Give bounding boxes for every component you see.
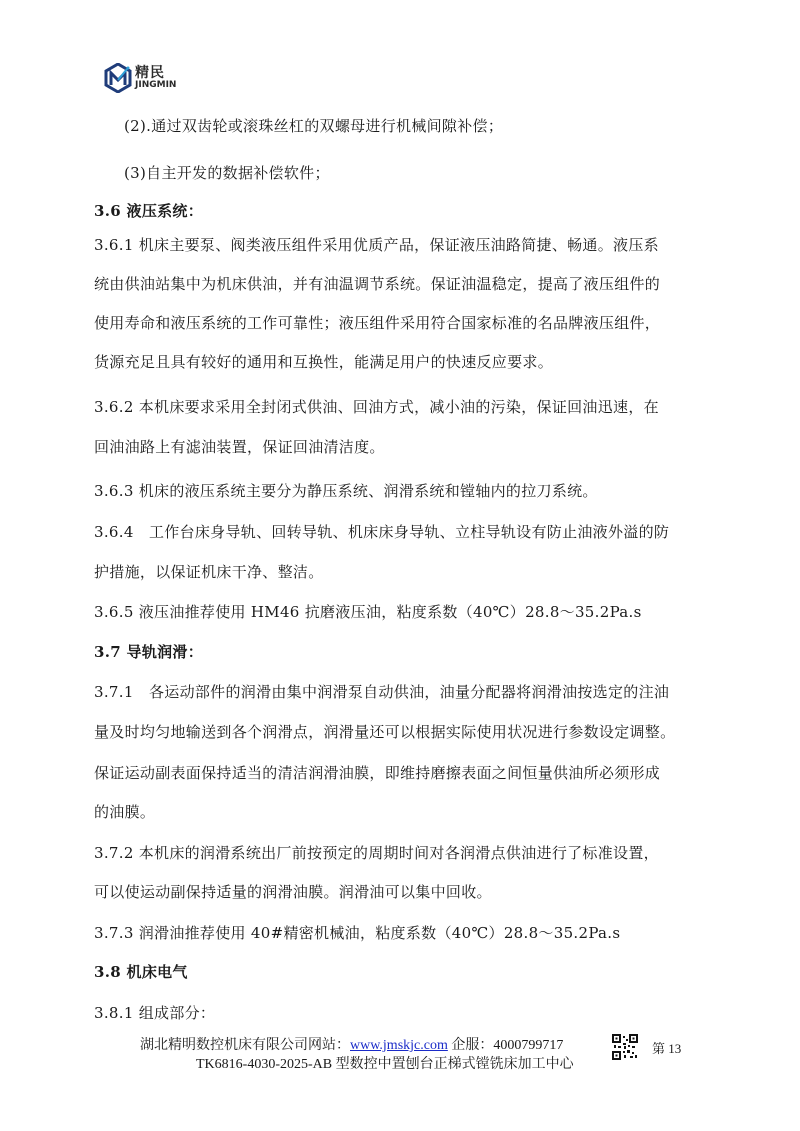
paragraph-line: 3.6.2 本机床要求采用全封闭式供油、回油方式，减小油的污染，保证回油迅速，在 (94, 397, 659, 417)
paragraph-line: 3.6.3 机床的液压系统主要分为静压系统、润滑系统和镗轴内的拉刀系统。 (94, 481, 598, 501)
paragraph-line: 使用寿命和液压系统的工作可靠性；液压组件采用符合国家标准的名品牌液压组件， (94, 313, 660, 333)
paragraph-line: (2).通过双齿轮或滚珠丝杠的双螺母进行机械间隙补偿； (124, 116, 503, 136)
logo-name-cn: 精民 (135, 66, 176, 80)
section-heading-3-6: 3.6 液压系统： (94, 201, 203, 221)
section-heading-3-8: 3.8 机床电气 (94, 962, 188, 982)
paragraph-line: 3.6.1 机床主要泵、阀类液压组件采用优质产品，保证液压油路简捷、畅通。液压系 (94, 235, 659, 255)
footer-service-phone: 4000799717 (493, 1038, 563, 1053)
paragraph-line: 量及时均匀地输送到各个润滑点，润滑量还可以根据实际使用状况进行参数设定调整。 (94, 722, 675, 742)
paragraph-line: 回油油路上有滤油装置，保证回油清洁度。 (94, 437, 385, 457)
paragraph-line: 统由供油站集中为机床供油，并有油温调节系统。保证油温稳定，提高了液压组件的 (94, 274, 660, 294)
paragraph-line: (3)自主开发的数据补偿软件； (124, 163, 330, 183)
paragraph-line: 3.8.1 组成部分： (94, 1003, 215, 1023)
jingmin-logo-icon (104, 63, 132, 93)
company-logo: 精民 JINGMIN (104, 60, 204, 96)
paragraph-line: 3.7.2 本机床的润滑系统出厂前按预定的周期时间对各润滑点供油进行了标准设置， (94, 843, 659, 863)
section-heading-3-7: 3.7 导轨润滑： (94, 642, 203, 662)
website-link[interactable]: www.jmskjc.com (350, 1038, 448, 1053)
footer-contact-line: 湖北精明数控机床有限公司网站：www.jmskjc.com 企服：4000799… (140, 1034, 563, 1054)
footer-model-line: TK6816-4030-2025-AB 型数控中置刨台正梯式镗铣床加工中心 (196, 1053, 574, 1073)
paragraph-line: 护措施，以保证机床干净、整洁。 (94, 562, 324, 582)
paragraph-line: 3.6.5 液压油推荐使用 HM46 抗磨液压油，粘度系数（40℃）28.8～3… (94, 602, 642, 622)
paragraph-line: 保证运动副表面保持适当的清洁润滑油膜，即维持磨擦表面之间恒量供油所必须形成 (94, 763, 660, 783)
footer-service-label: 企服： (451, 1038, 493, 1053)
qr-code-icon (612, 1034, 638, 1060)
paragraph-line: 3.7.3 润滑油推荐使用 40#精密机械油，粘度系数（40℃）28.8～35.… (94, 923, 620, 943)
footer-company-label: 湖北精明数控机床有限公司网站： (140, 1038, 350, 1053)
paragraph-line: 3.6.4 工作台床身导轨、回转导轨、机床床身导轨、立柱导轨设有防止油液外溢的防 (94, 522, 669, 542)
paragraph-line: 可以使运动副保持适量的润滑油膜。润滑油可以集中回收。 (94, 882, 492, 902)
page-footer: 湖北精明数控机床有限公司网站：www.jmskjc.com 企服：4000799… (0, 1032, 800, 1077)
paragraph-line: 3.7.1 各运动部件的润滑由集中润滑泵自动供油，油量分配器将润滑油按选定的注油 (94, 682, 669, 702)
logo-name-en: JINGMIN (135, 81, 176, 90)
paragraph-line: 的油膜。 (94, 802, 155, 822)
paragraph-line: 货源充足且具有较好的通用和互换性，能满足用户的快速反应要求。 (94, 352, 553, 372)
page-number: 第 13 (652, 1038, 681, 1057)
